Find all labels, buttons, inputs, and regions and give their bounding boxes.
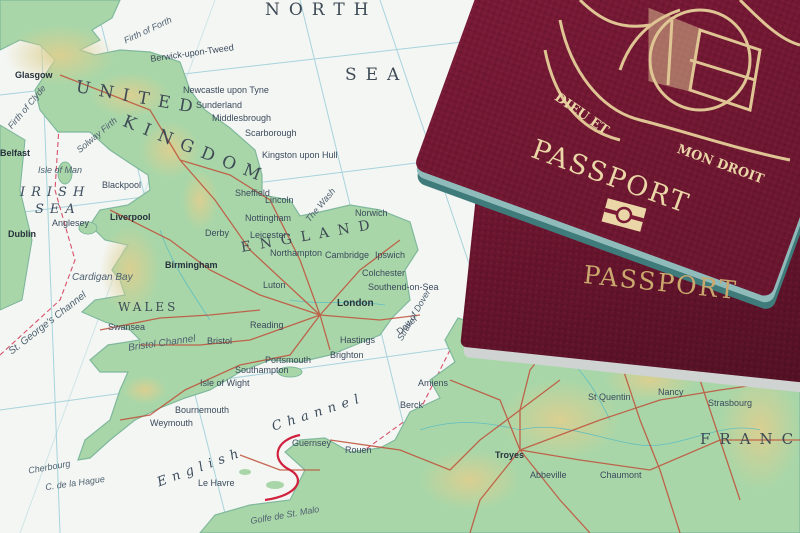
map-city-le-havre: Rouen [345, 445, 372, 455]
map-label-cardigan-bay: Cardigan Bay [72, 272, 133, 283]
map-city-nottingham: Nottingham [245, 213, 291, 223]
map-city-hull: Kingston upon Hull [262, 150, 338, 160]
map-city-nancy: Strasbourg [708, 398, 752, 408]
map-city-newcastle: Newcastle upon Tyne [183, 85, 269, 95]
map-city-bournemouth: Isle of Wight [200, 378, 250, 388]
map-city-glasgow: Glasgow [15, 70, 53, 80]
map-city-troyes: Chaumont [600, 470, 642, 480]
map-city-southampton: Southampton [235, 365, 289, 375]
map-label-irish-sea: SEA [35, 202, 81, 217]
map-city-isle-of-man: Isle of Man [38, 165, 82, 175]
photo-scene: NORTH SEA UNITED KINGDOM ENGLAND WALES F… [0, 0, 800, 533]
map-city-dieppe: Berck [400, 400, 423, 410]
map-label-france: FRANCE [700, 430, 800, 448]
map-city-cherbourg: Guernsey [292, 438, 331, 448]
map-city-brighton: Brighton [330, 350, 364, 360]
map-city-liverpool: Liverpool [110, 212, 151, 222]
map-city-middlesbrough: Middlesbrough [212, 113, 271, 123]
map-city-dublin: Dublin [8, 229, 36, 239]
map-city-southend: Southend-on-Sea [368, 282, 439, 292]
map-city-leicester: Leicester [250, 230, 287, 240]
map-city-bristol: Bristol [207, 336, 232, 346]
map-city-luton: Luton [263, 280, 286, 290]
map-label-wales: WALES [118, 300, 178, 314]
map-city-verdun: Nancy [658, 387, 684, 397]
map-city-hastings: Hastings [340, 335, 375, 345]
map-city-norwich: Norwich [355, 208, 388, 218]
map-label-irish: IRISH [20, 185, 90, 200]
map-city-birmingham: Birmingham [165, 260, 218, 270]
map-city-swansea: Swansea [108, 322, 145, 332]
map-city-colchester: Colchester [362, 268, 405, 278]
map-city-cambridge: Cambridge [325, 250, 369, 260]
map-city-reims: St Quentin [588, 392, 631, 402]
map-city-blackpool: Blackpool [102, 180, 141, 190]
map-city-reading: Reading [250, 320, 284, 330]
map-city-abbeville: Amiens [418, 378, 448, 388]
map-city-sunderland: Sunderland [196, 100, 242, 110]
map-city-lincoln: Lincoln [265, 195, 294, 205]
map-label-sea: SEA [345, 65, 408, 85]
map-city-derby: Derby [205, 228, 229, 238]
map-city-anglesey: Anglesey [52, 218, 89, 228]
map-city-portsmouth: Portsmouth [265, 355, 311, 365]
map-city-ipswich: Ipswich [375, 250, 405, 260]
map-city-london: London [337, 298, 374, 309]
map-city-plymouth: Weymouth [150, 418, 193, 428]
map-city-paris: Troyes [495, 450, 524, 460]
map-city-scarborough: Scarborough [245, 128, 297, 138]
map-city-torquay: Bournemouth [175, 405, 229, 415]
map-city-channel-islands: Le Havre [198, 478, 235, 488]
map-label-north: NORTH [265, 0, 377, 20]
map-city-northampton: Northampton [270, 248, 322, 258]
map-city-rouen: Abbeville [530, 470, 567, 480]
map-city-belfast: Belfast [0, 148, 30, 158]
